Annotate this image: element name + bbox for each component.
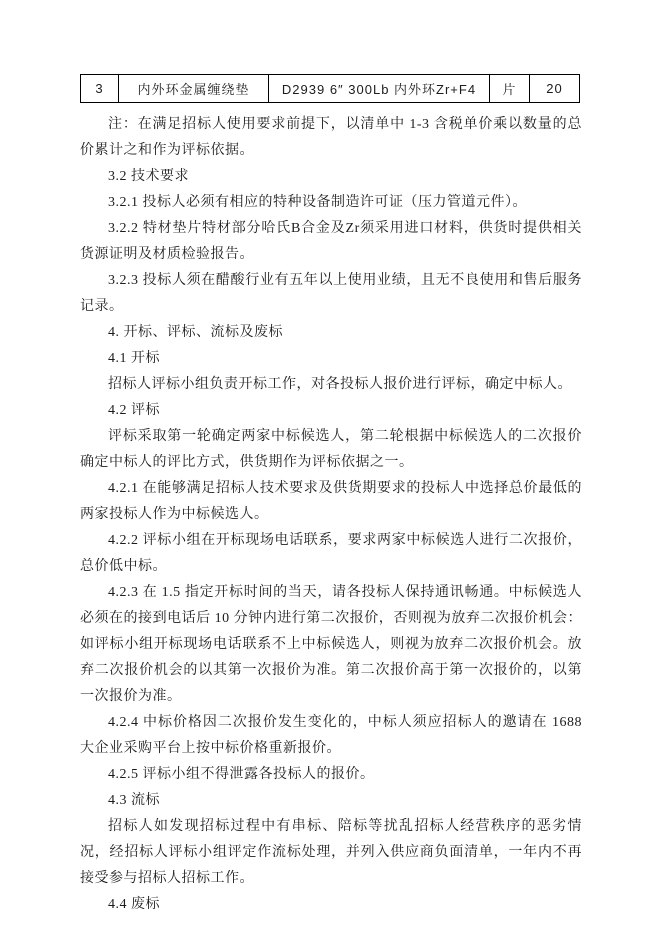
clause-3-2-2: 3.2.2 特材垫片特材部分哈氏B合金及Zr须采用进口材料，供货时提供相关货源证… [80,216,582,268]
heading-4-3: 4.3 流标 [80,788,582,814]
para-4-1: 招标人评标小组负责开标工作，对各投标人报价进行评标，确定中标人。 [80,372,582,398]
clause-3-2-1: 3.2.1 投标人必须有相应的特种设备制造许可证（压力管道元件）。 [80,190,582,216]
heading-4-2: 4.2 评标 [80,398,582,424]
items-table: 3内外环金属缠绕垫D2939 6″ 300Lb 内外环Zr+F4片20 [80,74,580,103]
table-cell: 片 [490,75,530,103]
para-4-2: 评标采取第一轮确定两家中标候选人，第二轮根据中标候选人的二次报价确定中标人的评比… [80,424,582,476]
clause-4-2-4: 4.2.4 中标价格因二次报价发生变化的，中标人须应招标人的邀请在 1688 大… [80,710,582,762]
heading-4-4: 4.4 废标 [80,892,582,918]
heading-3-2: 3.2 技术要求 [80,164,582,190]
page-content: 3内外环金属缠绕垫D2939 6″ 300Lb 内外环Zr+F4片20 注：在满… [80,74,582,918]
para-4-3: 招标人如发现招标过程中有串标、陪标等扰乱招标人经营秩序的恶劣情况，经招标人评标小… [80,814,582,892]
table-cell: 内外环金属缠绕垫 [119,75,269,103]
table-cell: D2939 6″ 300Lb 内外环Zr+F4 [269,75,490,103]
heading-4: 4. 开标、评标、流标及废标 [80,320,582,346]
table-row: 3内外环金属缠绕垫D2939 6″ 300Lb 内外环Zr+F4片20 [81,75,580,103]
table-cell: 3 [81,75,119,103]
clause-4-2-1: 4.2.1 在能够满足招标人技术要求及供货期要求的投标人中选择总价最低的两家投标… [80,476,582,528]
document-body: 注：在满足招标人使用要求前提下，以清单中 1-3 含税单价乘以数量的总价累计之和… [80,112,582,918]
clause-3-2-3: 3.2.3 投标人须在醋酸行业有五年以上使用业绩，且无不良使用和售后服务记录。 [80,268,582,320]
note-paragraph: 注：在满足招标人使用要求前提下，以清单中 1-3 含税单价乘以数量的总价累计之和… [80,112,582,164]
heading-4-1: 4.1 开标 [80,346,582,372]
clause-4-2-5: 4.2.5 评标小组不得泄露各投标人的报价。 [80,762,582,788]
table-cell: 20 [530,75,580,103]
document-page: 3内外环金属缠绕垫D2939 6″ 300Lb 内外环Zr+F4片20 注：在满… [0,0,662,936]
items-table-body: 3内外环金属缠绕垫D2939 6″ 300Lb 内外环Zr+F4片20 [81,75,580,103]
clause-4-2-3: 4.2.3 在 1.5 指定开标时间的当天，请各投标人保持通讯畅通。中标候选人必… [80,580,582,710]
clause-4-2-2: 4.2.2 评标小组在开标现场电话联系，要求两家中标候选人进行二次报价，总价低中… [80,528,582,580]
